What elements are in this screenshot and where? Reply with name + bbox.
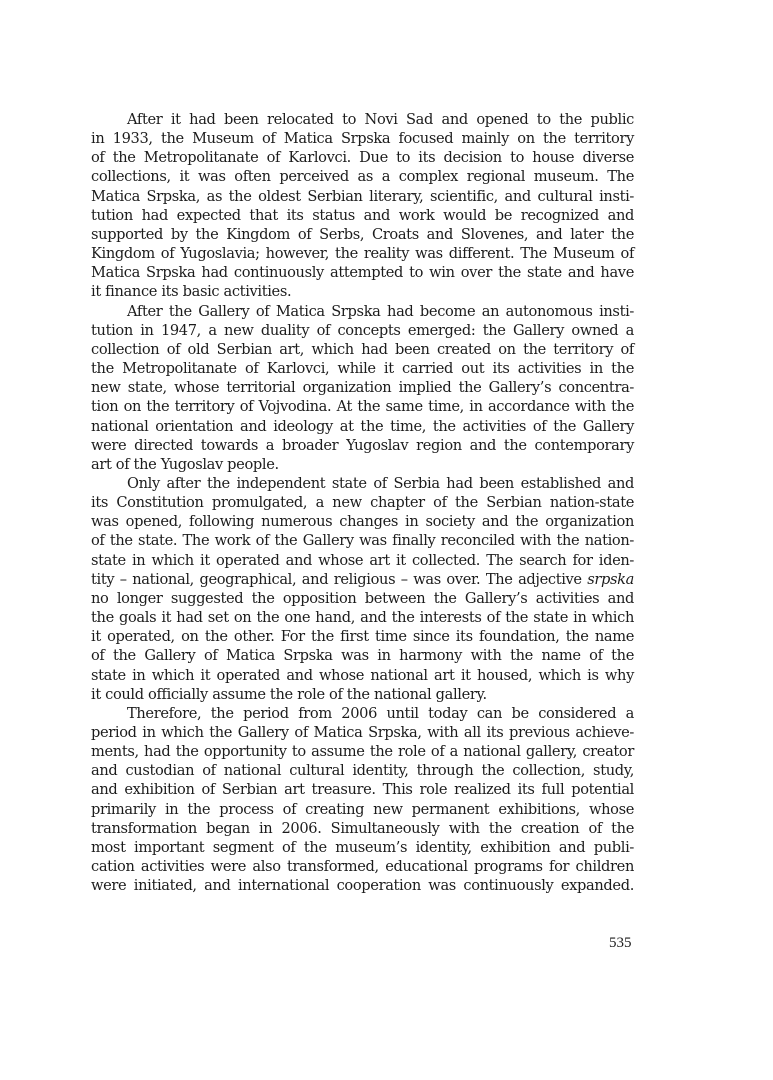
text-line: and exhibition of Serbian art treasure. … [91,780,634,799]
text-line: no longer suggested the opposition betwe… [91,589,634,608]
text-line: Therefore, the period from 2006 until to… [91,704,634,723]
text-fragment: tity – national, geographical, and relig… [91,571,587,588]
paragraph-3: Only after the independent state of Serb… [91,474,634,704]
page-number: 535 [609,935,632,952]
text-line: in 1933, the Museum of Matica Srpska foc… [91,129,634,148]
text-line: and custodian of national cultural ident… [91,761,634,780]
text-line: was opened, following numerous changes i… [91,512,634,531]
text-line-with-italic: tity – national, geographical, and relig… [91,570,634,589]
text-line: were initiated, and international cooper… [91,876,634,895]
text-line: supported by the Kingdom of Serbs, Croat… [91,225,634,244]
text-line: Only after the independent state of Serb… [91,474,634,493]
text-line: tion on the territory of Vojvodina. At t… [91,397,634,416]
text-line: the Metropolitanate of Karlovci, while i… [91,359,634,378]
document-page: After it had been relocated to Novi Sad … [0,0,773,1080]
text-line: period in which the Gallery of Matica Sr… [91,723,634,742]
text-line: Kingdom of Yugoslavia; however, the real… [91,244,634,263]
text-line: it operated, on the other. For the first… [91,627,634,646]
text-line: art of the Yugoslav people. [91,455,634,474]
text-line: of the state. The work of the Gallery wa… [91,531,634,550]
text-line: it could officially assume the role of t… [91,685,634,704]
paragraph-4: Therefore, the period from 2006 until to… [91,704,634,896]
text-line: most important segment of the museum’s i… [91,838,634,857]
paragraph-2: After the Gallery of Matica Srpska had b… [91,302,634,474]
text-line: tution had expected that its status and … [91,206,634,225]
text-line: ments, had the opportunity to assume the… [91,742,634,761]
text-line: national orientation and ideology at the… [91,417,634,436]
text-line: of the Gallery of Matica Srpska was in h… [91,646,634,665]
text-line: tution in 1947, a new duality of concept… [91,321,634,340]
text-line: cation activities were also transformed,… [91,857,634,876]
text-line: were directed towards a broader Yugoslav… [91,436,634,455]
text-line: After it had been relocated to Novi Sad … [91,110,634,129]
text-line: new state, whose territorial organizatio… [91,378,634,397]
text-line: state in which it operated and whose nat… [91,666,634,685]
text-line: After the Gallery of Matica Srpska had b… [91,302,634,321]
text-line: Matica Srpska, as the oldest Serbian lit… [91,187,634,206]
text-line: of the Metropolitanate of Karlovci. Due … [91,148,634,167]
text-line: its Constitution promulgated, a new chap… [91,493,634,512]
text-line: Matica Srpska had continuously attempted… [91,263,634,282]
text-line: it finance its basic activities. [91,282,634,301]
text-line: transformation began in 2006. Simultaneo… [91,819,634,838]
text-line: collection of old Serbian art, which had… [91,340,634,359]
text-line: state in which it operated and whose art… [91,551,634,570]
text-line: the goals it had set on the one hand, an… [91,608,634,627]
body-text: After it had been relocated to Novi Sad … [91,110,634,895]
italic-term: srpska [587,571,634,588]
text-line: primarily in the process of creating new… [91,800,634,819]
paragraph-1: After it had been relocated to Novi Sad … [91,110,634,302]
text-line: collections, it was often perceived as a… [91,167,634,186]
